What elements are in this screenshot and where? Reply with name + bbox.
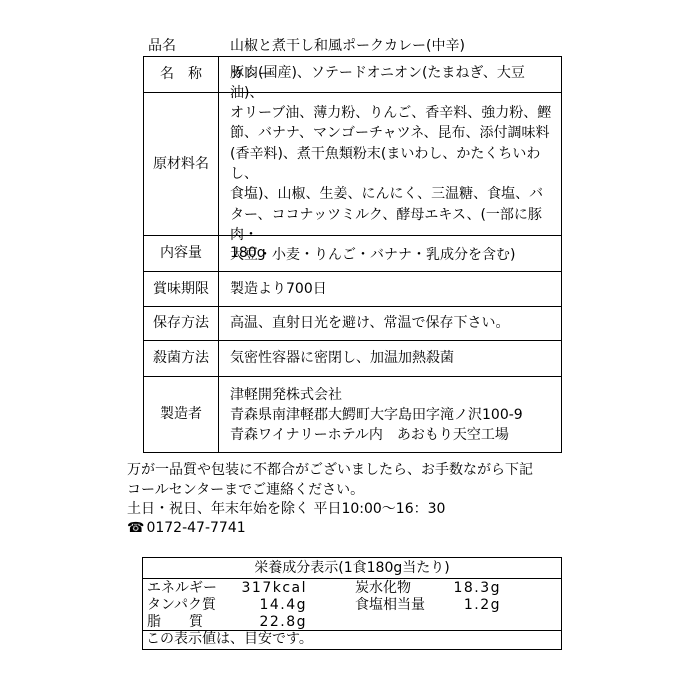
spec-label-best-before: 賞味期限	[144, 272, 219, 306]
nutrition-row-fat: 脂 質 22.8g	[147, 614, 307, 631]
spec-value-manufacturer: 津軽開発株式会社 青森県南津軽郡大鰐町大字島田字滝ノ沢100-9 青森ワイナリー…	[219, 377, 561, 452]
nutrition-value-salt: 1.2g	[464, 597, 501, 614]
spec-value-net-content: 180g	[219, 236, 561, 271]
nutrition-value-carbohydrate: 18.3g	[453, 580, 501, 597]
nutrition-value-protein: 14.4g	[259, 597, 307, 614]
nutrition-row-salt: 食塩相当量 1.2g	[355, 597, 501, 614]
nutrition-row-energy: エネルギー 317kcal	[147, 580, 307, 597]
nutrition-row-protein: タンパク質 14.4g	[147, 597, 307, 614]
spec-row-net-content: 内容量 180g	[144, 236, 561, 272]
spec-row-manufacturer: 製造者 津軽開発株式会社 青森県南津軽郡大鰐町大字島田字滝ノ沢100-9 青森ワ…	[144, 377, 561, 452]
spec-label-sterilization: 殺菌方法	[144, 341, 219, 376]
spec-value-storage: 高温、直射日光を避け、常温で保存下さい。	[219, 307, 561, 340]
nutrition-title: 栄養成分表示(1食180g当たり)	[143, 558, 561, 579]
spec-row-storage: 保存方法 高温、直射日光を避け、常温で保存下さい。	[144, 307, 561, 341]
product-name-value: 山椒と煮干し和風ポークカレー(中辛)	[230, 37, 465, 56]
nutrition-label-carbohydrate: 炭水化物	[355, 580, 411, 597]
spec-table: 名 称 カレー 原材料名 豚肉(国産)、ソテードオニオン(たまねぎ、大豆油)、 …	[143, 56, 562, 453]
customer-notice-text: 万が一品質や包装に不都合がございましたら、お手数ながら下記 コールセンターまでご…	[127, 461, 533, 520]
nutrition-left-column: エネルギー 317kcal タンパク質 14.4g 脂 質 22.8g	[147, 580, 307, 630]
phone-number-text: 0172-47-7741	[146, 519, 245, 539]
nutrition-label-fat: 脂 質	[147, 614, 203, 631]
spec-row-best-before: 賞味期限 製造より700日	[144, 272, 561, 307]
spec-label-ingredients: 原材料名	[144, 93, 219, 235]
nutrition-right-column: 炭水化物 18.3g 食塩相当量 1.2g	[355, 580, 501, 630]
nutrition-note: この表示値は、目安です。	[143, 630, 561, 649]
nutrition-label-salt: 食塩相当量	[355, 597, 425, 614]
call-center-phone: ☎ 0172-47-7741	[127, 519, 246, 539]
product-name-field-label: 品名	[148, 37, 176, 56]
nutrition-value-energy: 317kcal	[242, 580, 308, 597]
spec-label-storage: 保存方法	[144, 307, 219, 340]
spec-label-manufacturer: 製造者	[144, 377, 219, 452]
nutrition-row-carbohydrate: 炭水化物 18.3g	[355, 580, 501, 597]
spec-row-sterilization: 殺菌方法 気密性容器に密閉し、加温加熱殺菌	[144, 341, 561, 377]
nutrition-table: 栄養成分表示(1食180g当たり) エネルギー 317kcal タンパク質 14…	[142, 557, 562, 650]
spec-value-best-before: 製造より700日	[219, 272, 561, 306]
product-label-sheet: 品名 山椒と煮干し和風ポークカレー(中辛) 名 称 カレー 原材料名 豚肉(国産…	[0, 0, 700, 700]
nutrition-body: エネルギー 317kcal タンパク質 14.4g 脂 質 22.8g 炭水化物…	[143, 579, 561, 630]
spec-value-sterilization: 気密性容器に密閉し、加温加熱殺菌	[219, 341, 561, 376]
nutrition-label-energy: エネルギー	[147, 580, 217, 597]
spec-label-net-content: 内容量	[144, 236, 219, 271]
nutrition-label-protein: タンパク質	[147, 597, 216, 614]
spec-row-ingredients: 原材料名 豚肉(国産)、ソテードオニオン(たまねぎ、大豆油)、 オリーブ油、薄力…	[144, 93, 561, 236]
spec-label-name: 名 称	[144, 57, 219, 92]
telephone-icon: ☎	[127, 519, 144, 539]
spec-value-ingredients: 豚肉(国産)、ソテードオニオン(たまねぎ、大豆油)、 オリーブ油、薄力粉、りんご…	[219, 93, 561, 235]
nutrition-value-fat: 22.8g	[259, 614, 307, 631]
